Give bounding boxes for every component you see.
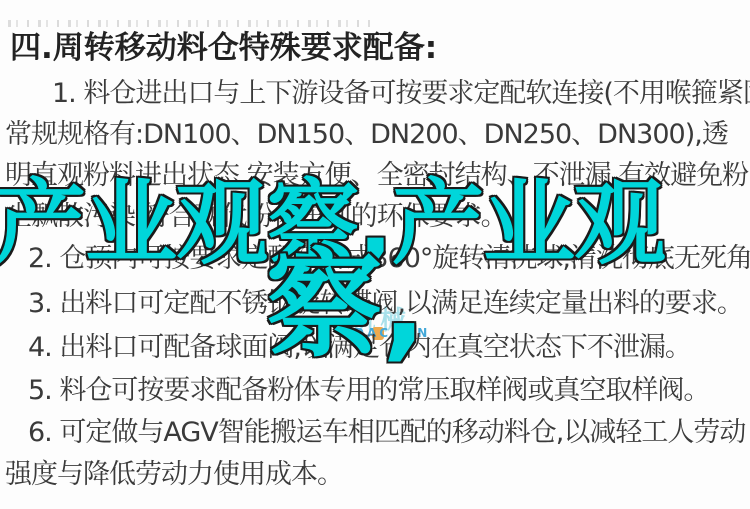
- body-line-10: 强度与降低劳动力使用成本。: [5, 459, 343, 490]
- page-title: 四.周转移动料仓特殊要求配备:: [10, 22, 437, 67]
- body-line-8: 5. 料仓可按要求配备粉体专用的常压取样阀或真空取样阀。: [28, 375, 709, 406]
- body-line-1: 1. 料仓进出口与上下游设备可按要求定配软连接(不用喉箍紧固,: [52, 78, 750, 109]
- watermark-line-2: 察,: [266, 248, 426, 364]
- body-line-2: 常规规格有:DN100、DN150、DN200、DN250、DN300),透: [5, 119, 728, 150]
- body-line-9: 6. 可定做与AGV智能搬运车相匹配的移动料仓,以减轻工人劳动: [28, 417, 745, 448]
- document-page: 四.周转移动料仓特殊要求配备: 1. 料仓进出口与上下游设备可按要求定配软连接(…: [0, 0, 750, 509]
